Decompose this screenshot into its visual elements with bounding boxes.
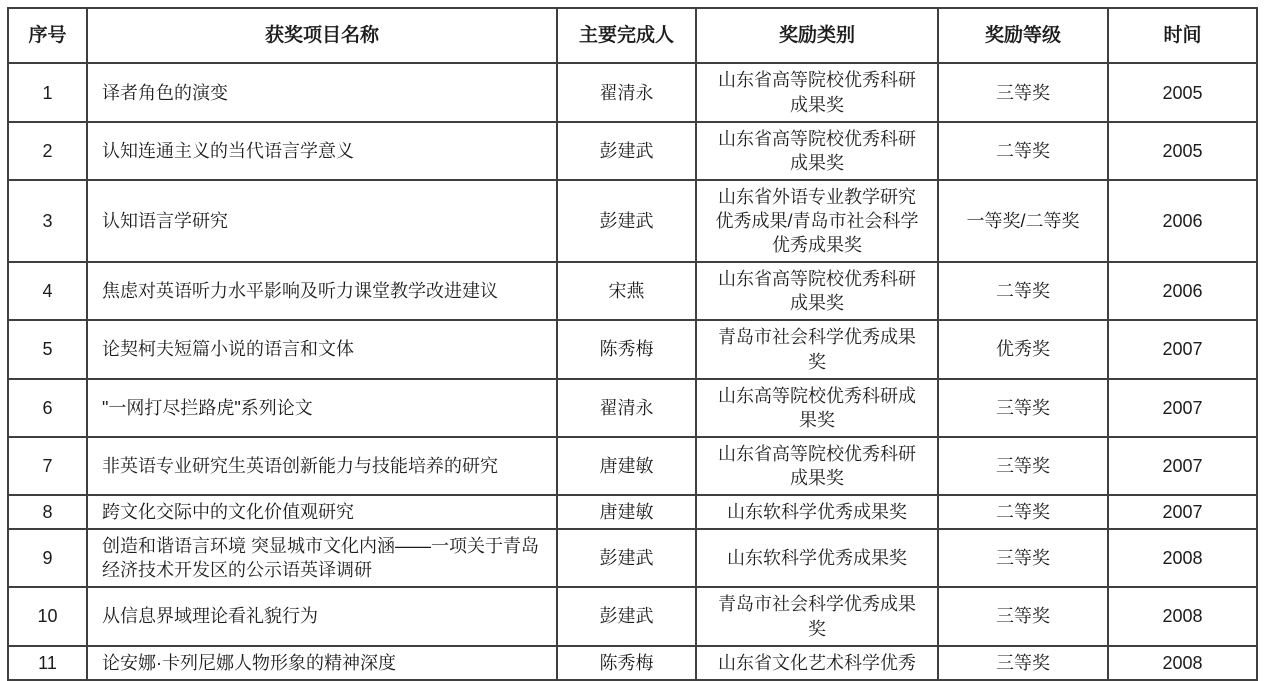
cell-award-category: 青岛市社会科学优秀成果奖 — [696, 320, 938, 378]
cell-project-name: 从信息界域理论看礼貌行为 — [87, 587, 557, 645]
header-time: 时间 — [1108, 8, 1257, 63]
table-row: 9 创造和谐语言环境 突显城市文化内涵——一项关于青岛经济技术开发区的公示语英译… — [8, 529, 1257, 587]
cell-time: 2006 — [1108, 262, 1257, 320]
cell-project-name: 认知连通主义的当代语言学意义 — [87, 122, 557, 180]
header-main-completer: 主要完成人 — [557, 8, 696, 63]
cell-award-level: 二等奖 — [938, 495, 1108, 529]
cell-project-name: 焦虑对英语听力水平影响及听力课堂教学改进建议 — [87, 262, 557, 320]
cell-main-completer: 彭建武 — [557, 180, 696, 262]
cell-time: 2005 — [1108, 122, 1257, 180]
cell-main-completer: 陈秀梅 — [557, 320, 696, 378]
table-row: 5 论契柯夫短篇小说的语言和文体 陈秀梅 青岛市社会科学优秀成果奖 优秀奖 20… — [8, 320, 1257, 378]
cell-award-category: 山东软科学优秀成果奖 — [696, 529, 938, 587]
table-row: 8 跨文化交际中的文化价值观研究 唐建敏 山东软科学优秀成果奖 二等奖 2007 — [8, 495, 1257, 529]
table-row: 6 "一网打尽拦路虎"系列论文 翟清永 山东高等院校优秀科研成果奖 三等奖 20… — [8, 379, 1257, 437]
cell-award-level: 二等奖 — [938, 262, 1108, 320]
cell-award-category: 山东软科学优秀成果奖 — [696, 495, 938, 529]
cell-serial-number: 5 — [8, 320, 87, 378]
cell-award-level: 一等奖/二等奖 — [938, 180, 1108, 262]
cell-time: 2006 — [1108, 180, 1257, 262]
cell-serial-number: 3 — [8, 180, 87, 262]
header-award-category: 奖励类别 — [696, 8, 938, 63]
cell-project-name: 认知语言学研究 — [87, 180, 557, 262]
cell-time: 2007 — [1108, 379, 1257, 437]
cell-serial-number: 8 — [8, 495, 87, 529]
cell-award-level: 三等奖 — [938, 379, 1108, 437]
cell-main-completer: 唐建敏 — [557, 437, 696, 495]
cell-award-level: 三等奖 — [938, 529, 1108, 587]
cell-award-category: 山东省高等院校优秀科研成果奖 — [696, 122, 938, 180]
cell-award-level: 三等奖 — [938, 587, 1108, 645]
table-row: 7 非英语专业研究生英语创新能力与技能培养的研究 唐建敏 山东省高等院校优秀科研… — [8, 437, 1257, 495]
cell-award-category: 山东高等院校优秀科研成果奖 — [696, 379, 938, 437]
cell-time: 2008 — [1108, 529, 1257, 587]
cell-project-name: 跨文化交际中的文化价值观研究 — [87, 495, 557, 529]
cell-project-name: 译者角色的演变 — [87, 63, 557, 121]
cell-serial-number: 2 — [8, 122, 87, 180]
cell-time: 2005 — [1108, 63, 1257, 121]
cell-project-name: 论契柯夫短篇小说的语言和文体 — [87, 320, 557, 378]
cell-serial-number: 6 — [8, 379, 87, 437]
cell-serial-number: 11 — [8, 646, 87, 667]
cell-award-level: 优秀奖 — [938, 320, 1108, 378]
cell-award-category: 山东省外语专业教学研究优秀成果/青岛市社会科学优秀成果奖 — [696, 180, 938, 262]
cell-time: 2008 — [1108, 646, 1257, 667]
table-row: 10 从信息界域理论看礼貌行为 彭建武 青岛市社会科学优秀成果奖 三等奖 200… — [8, 587, 1257, 645]
cell-time: 2007 — [1108, 437, 1257, 495]
table-row: 3 认知语言学研究 彭建武 山东省外语专业教学研究优秀成果/青岛市社会科学优秀成… — [8, 180, 1257, 262]
cell-award-category: 山东省高等院校优秀科研成果奖 — [696, 262, 938, 320]
cell-award-level: 三等奖 — [938, 63, 1108, 121]
cell-award-category: 山东省文化艺术科学优秀 — [696, 646, 938, 667]
cell-award-category: 山东省高等院校优秀科研成果奖 — [696, 437, 938, 495]
cell-serial-number: 9 — [8, 529, 87, 587]
table-row: 2 认知连通主义的当代语言学意义 彭建武 山东省高等院校优秀科研成果奖 二等奖 … — [8, 122, 1257, 180]
cell-project-name: 创造和谐语言环境 突显城市文化内涵——一项关于青岛经济技术开发区的公示语英译调研 — [87, 529, 557, 587]
cell-main-completer: 陈秀梅 — [557, 646, 696, 667]
header-serial-number: 序号 — [8, 8, 87, 63]
cell-main-completer: 彭建武 — [557, 529, 696, 587]
cell-award-level: 三等奖 — [938, 646, 1108, 667]
table-row: 11 论安娜·卡列尼娜人物形象的精神深度 陈秀梅 山东省文化艺术科学优秀 三等奖… — [8, 646, 1257, 667]
awards-table-container: 序号 获奖项目名称 主要完成人 奖励类别 奖励等级 时间 1 译者角色的演变 翟… — [7, 7, 1258, 667]
cell-main-completer: 翟清永 — [557, 379, 696, 437]
table-row: 4 焦虑对英语听力水平影响及听力课堂教学改进建议 宋燕 山东省高等院校优秀科研成… — [8, 262, 1257, 320]
cell-serial-number: 7 — [8, 437, 87, 495]
awards-table: 序号 获奖项目名称 主要完成人 奖励类别 奖励等级 时间 1 译者角色的演变 翟… — [7, 7, 1258, 667]
cell-award-category: 青岛市社会科学优秀成果奖 — [696, 587, 938, 645]
cell-serial-number: 1 — [8, 63, 87, 121]
cell-award-level: 二等奖 — [938, 122, 1108, 180]
cell-main-completer: 唐建敏 — [557, 495, 696, 529]
header-project-name: 获奖项目名称 — [87, 8, 557, 63]
cell-main-completer: 彭建武 — [557, 587, 696, 645]
cell-main-completer: 宋燕 — [557, 262, 696, 320]
cell-time: 2007 — [1108, 495, 1257, 529]
cell-time: 2008 — [1108, 587, 1257, 645]
cell-time: 2007 — [1108, 320, 1257, 378]
cell-project-name: "一网打尽拦路虎"系列论文 — [87, 379, 557, 437]
cell-main-completer: 翟清永 — [557, 63, 696, 121]
cell-main-completer: 彭建武 — [557, 122, 696, 180]
cell-serial-number: 4 — [8, 262, 87, 320]
cell-project-name: 非英语专业研究生英语创新能力与技能培养的研究 — [87, 437, 557, 495]
cell-award-category: 山东省高等院校优秀科研成果奖 — [696, 63, 938, 121]
header-award-level: 奖励等级 — [938, 8, 1108, 63]
cell-award-level: 三等奖 — [938, 437, 1108, 495]
cell-serial-number: 10 — [8, 587, 87, 645]
awards-table-body: 1 译者角色的演变 翟清永 山东省高等院校优秀科研成果奖 三等奖 2005 2 … — [8, 63, 1257, 667]
cell-project-name: 论安娜·卡列尼娜人物形象的精神深度 — [87, 646, 557, 667]
table-row: 1 译者角色的演变 翟清永 山东省高等院校优秀科研成果奖 三等奖 2005 — [8, 63, 1257, 121]
header-row: 序号 获奖项目名称 主要完成人 奖励类别 奖励等级 时间 — [8, 8, 1257, 63]
